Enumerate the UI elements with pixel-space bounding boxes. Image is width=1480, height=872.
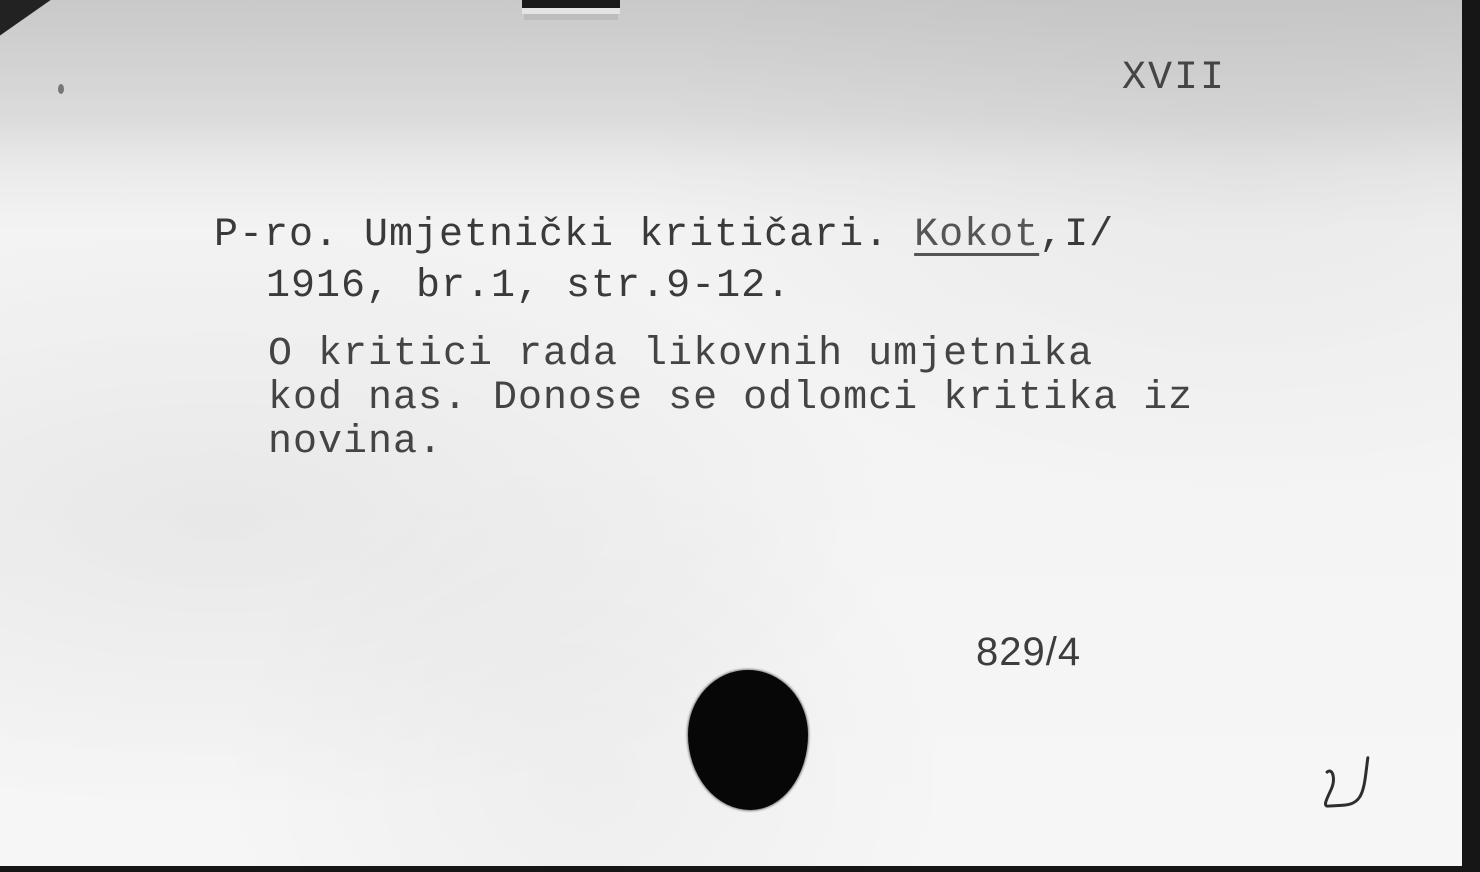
section-code: XVII <box>1122 56 1226 101</box>
annotation-text: O kritici rada likovnih umjetnika kod na… <box>268 333 1418 465</box>
call-number: 829/4 <box>976 630 1081 675</box>
citation-author-title: P-ro. Umjetnički kritičari. <box>214 213 914 258</box>
catalog-card: XVII P-ro. Umjetnički kritičari. Kokot,I… <box>0 0 1462 866</box>
citation-line-2: 1916, br.1, str.9-12. <box>266 263 791 311</box>
periodical-title: Kokot <box>914 213 1039 258</box>
punch-hole-icon <box>688 670 808 810</box>
scan-border-right <box>1462 0 1480 872</box>
card-tab-marker <box>522 0 620 14</box>
citation-line-1: P-ro. Umjetnički kritičari. Kokot,I/ <box>214 212 1114 260</box>
handwritten-mark <box>1314 755 1382 842</box>
corner-fold <box>0 0 60 36</box>
paper-speck <box>58 84 64 94</box>
handwritten-squiggle-icon <box>1314 755 1381 831</box>
citation-volume: ,I/ <box>1039 213 1114 258</box>
scan-border-bottom <box>0 866 1480 872</box>
